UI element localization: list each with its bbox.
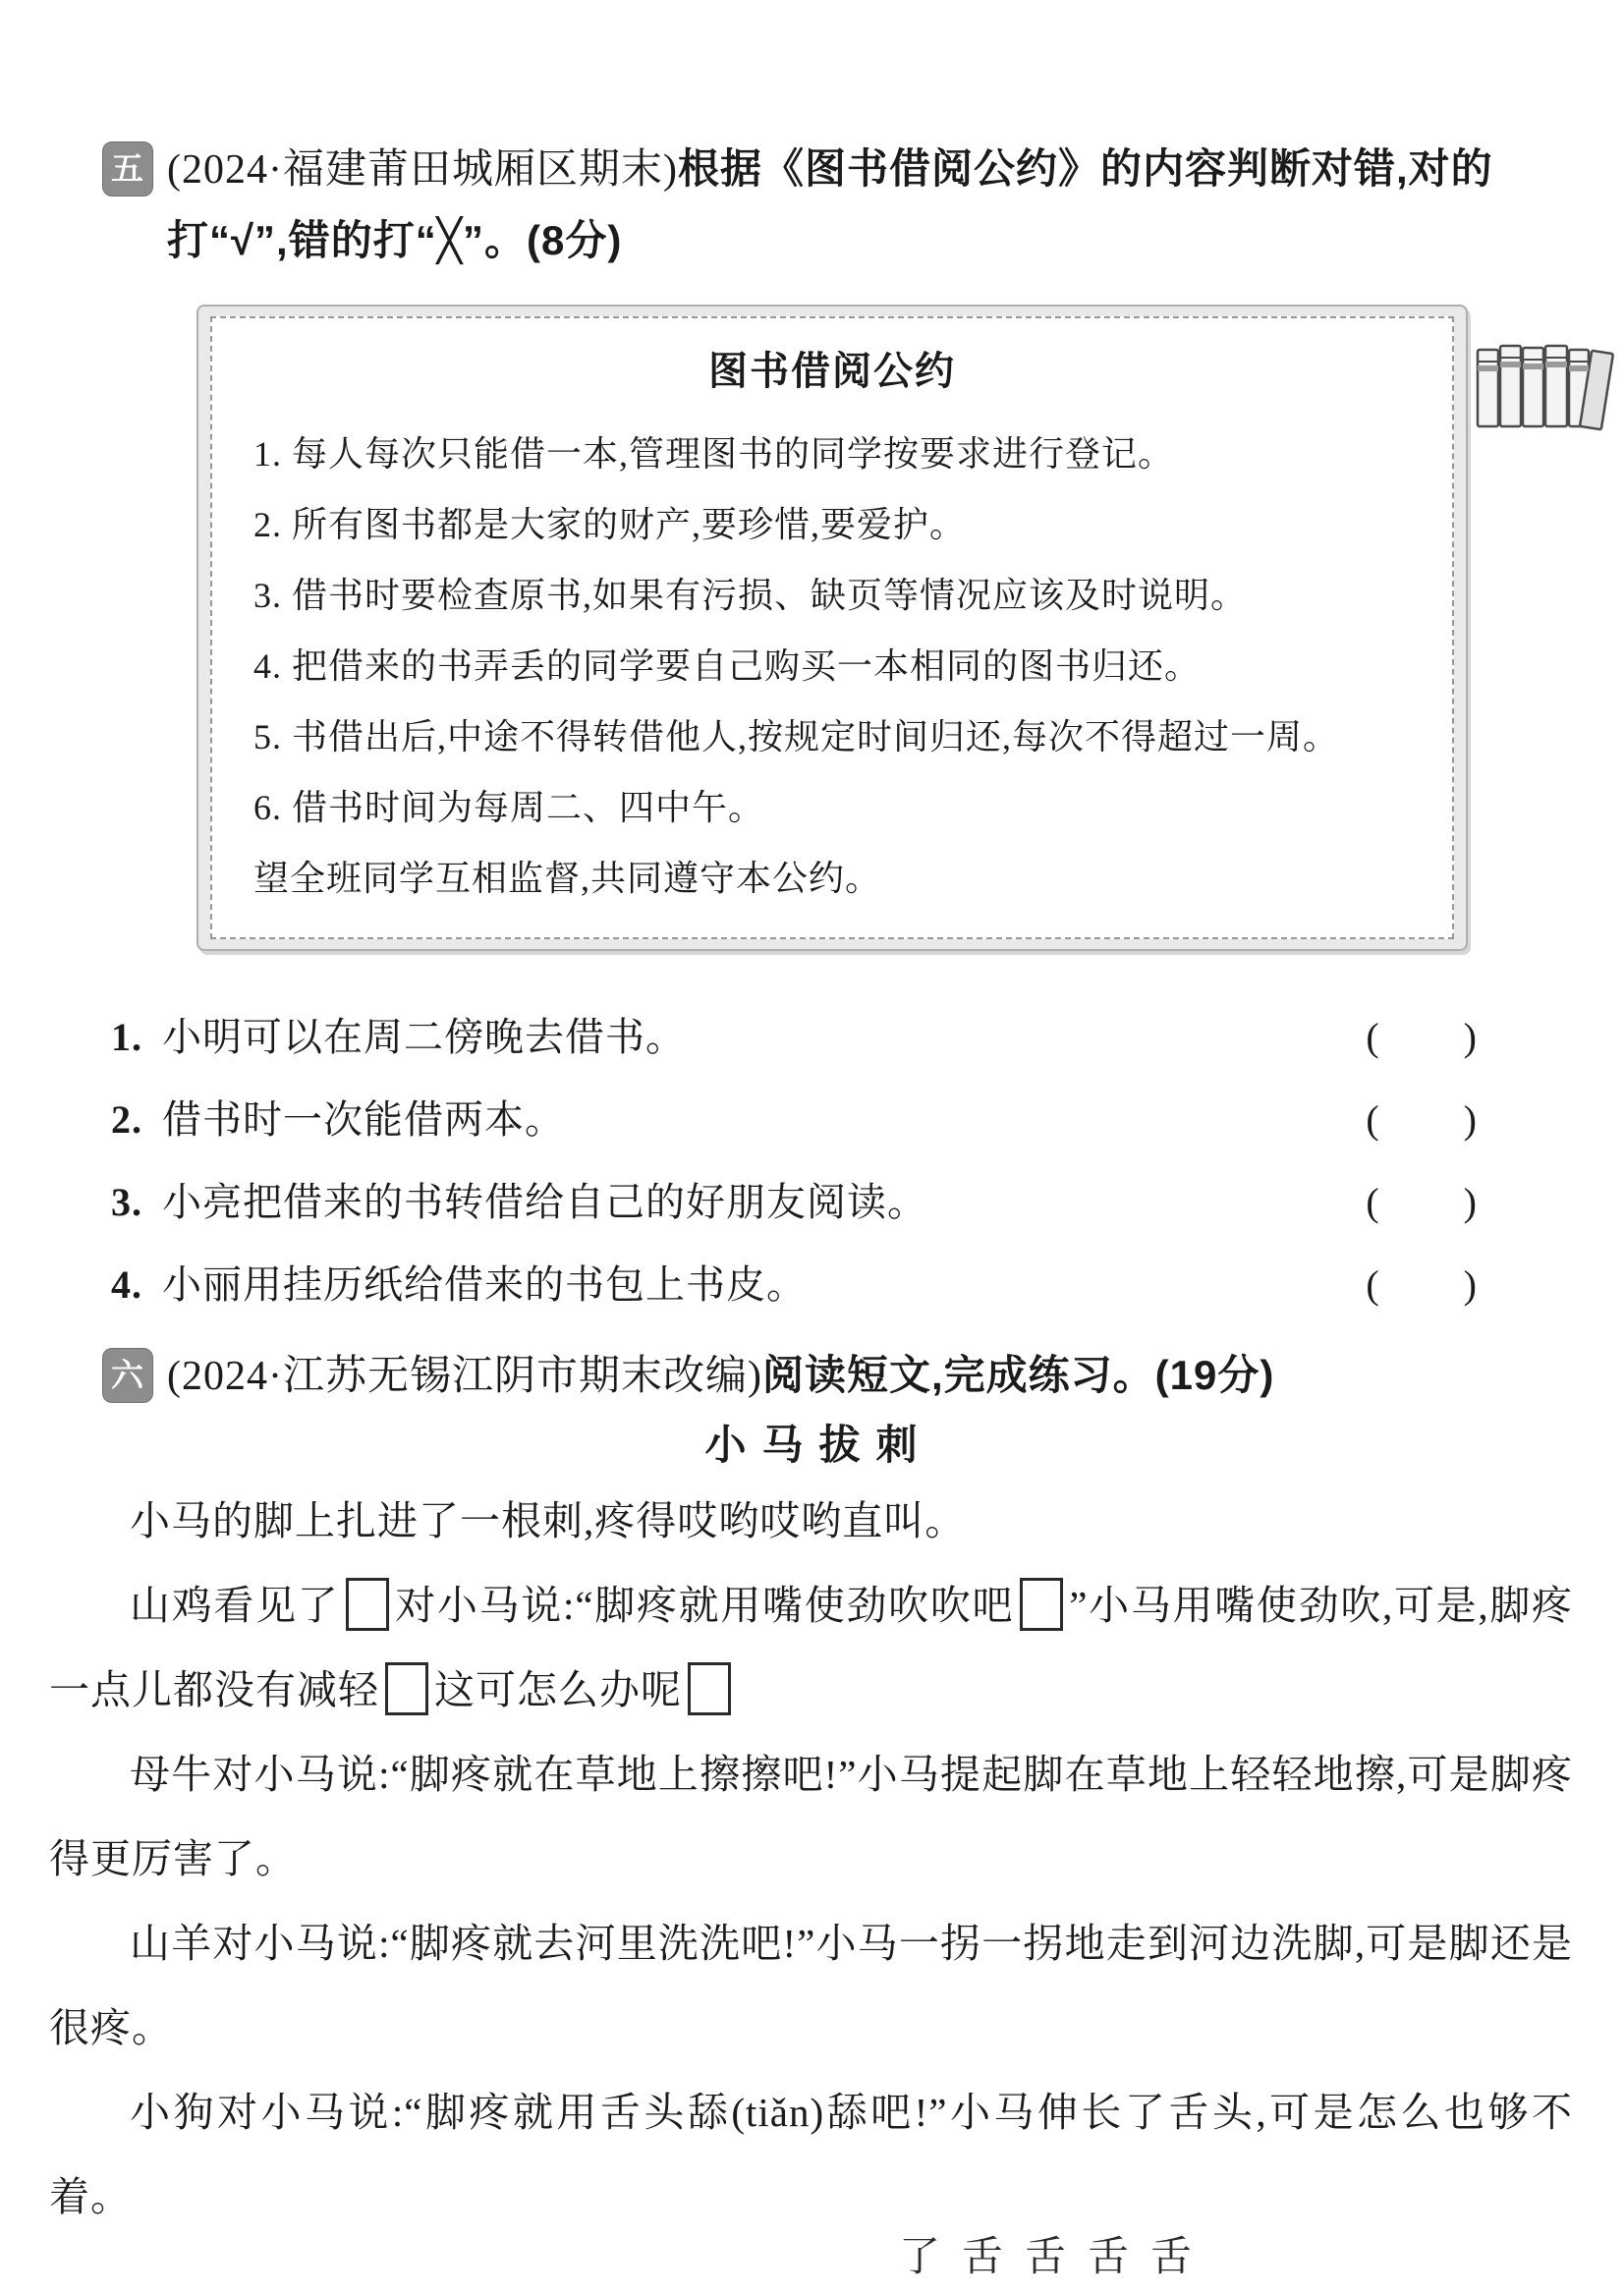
punctuation-fill-box[interactable]	[1020, 1578, 1063, 1631]
notice-rule-4: 4. 把借来的书弄丢的同学要自己购买一本相同的图书归还。	[253, 631, 1411, 701]
statement-1-answer-brackets[interactable]: ( )	[1366, 996, 1479, 1079]
question-5-number-badge: 五	[102, 141, 153, 196]
statement-row-3: 3. 小亮把借来的书转借给自己的好朋友阅读。 ( )	[111, 1161, 1479, 1244]
question-5-heading: 五(2024·福建莆田城厢区期末)根据《图书借阅公约》的内容判断对错,对的打“√…	[167, 134, 1555, 277]
statement-row-1: 1. 小明可以在周二傍晚去借书。 ( )	[111, 996, 1479, 1079]
statement-3-text: 小亮把借来的书转借给自己的好朋友阅读。	[162, 1161, 927, 1244]
punctuation-fill-box[interactable]	[385, 1662, 428, 1715]
punctuation-fill-box[interactable]	[688, 1662, 731, 1715]
notice-title: 图书借阅公约	[253, 348, 1411, 395]
borrowing-rules-box: 图书借阅公约 1. 每人每次只能借一本,管理图书的同学按要求进行登记。 2. 所…	[196, 305, 1468, 951]
passage-paragraph-1: 小马的脚上扎进了一根刺,疼得哎哟哎哟直叫。	[49, 1479, 1573, 1563]
punctuation-fill-box[interactable]	[346, 1578, 389, 1631]
passage-paragraph-4: 山羊对小马说:“脚疼就去河里洗洗吧!”小马一拐一拐地走到河边洗脚,可是脚还是很疼…	[49, 1901, 1573, 2070]
worksheet-page: 五(2024·福建莆田城厢区期末)根据《图书借阅公约》的内容判断对错,对的打“√…	[0, 0, 1624, 2295]
question-5-section: 五(2024·福建莆田城厢区期末)根据《图书借阅公约》的内容判断对错,对的打“√…	[0, 134, 1624, 1326]
statement-row-2: 2. 借书时一次能借两本。 ( )	[111, 1079, 1479, 1161]
passage-paragraph-2: 山鸡看见了对小马说:“脚疼就用嘴使劲吹吹吧”小马用嘴使劲吹,可是,脚疼一点儿都没…	[49, 1563, 1573, 1732]
question-5-source: (2024·福建莆田城厢区期末)	[167, 147, 678, 193]
page-bottom-fragment: 了舌舌舌舌	[899, 2224, 1213, 2283]
notice-closing-line: 望全班同学互相监督,共同遵守本公约。	[253, 843, 1411, 914]
statement-1-number: 1.	[111, 996, 142, 1079]
statement-4-number: 4.	[111, 1244, 142, 1326]
question-6-instruction: 阅读短文,完成练习。(19分)	[762, 1352, 1274, 1398]
notice-rule-2: 2. 所有图书都是大家的财产,要珍惜,要爱护。	[253, 489, 1411, 560]
statement-3-answer-brackets[interactable]: ( )	[1366, 1161, 1479, 1244]
books-icon	[1472, 336, 1621, 434]
question-6-heading: 六(2024·江苏无锡江阴市期末改编)阅读短文,完成练习。(19分)	[167, 1340, 1555, 1412]
statement-4-answer-brackets[interactable]: ( )	[1366, 1244, 1479, 1326]
question-6-section: 六(2024·江苏无锡江阴市期末改编)阅读短文,完成练习。(19分) 小马拔刺 …	[0, 1340, 1624, 2239]
passage-paragraph-3: 母牛对小马说:“脚疼就在草地上擦擦吧!”小马提起脚在草地上轻轻地擦,可是脚疼得更…	[49, 1732, 1573, 1901]
notice-rule-6: 6. 借书时间为每周二、四中午。	[253, 772, 1411, 843]
statement-2-text: 借书时一次能借两本。	[162, 1079, 565, 1161]
statement-3-number: 3.	[111, 1161, 142, 1244]
notice-rule-5: 5. 书借出后,中途不得转借他人,按规定时间归还,每次不得超过一周。	[253, 701, 1411, 772]
passage-paragraph-5: 小狗对小马说:“脚疼就用舌头舔(tiǎn)舔吧!”小马伸长了舌头,可是怎么也够不…	[49, 2070, 1573, 2239]
statement-1-text: 小明可以在周二傍晚去借书。	[162, 996, 686, 1079]
question-6-source: (2024·江苏无锡江阴市期末改编)	[167, 1354, 762, 1399]
statement-row-4: 4. 小丽用挂历纸给借来的书包上书皮。 ( )	[111, 1244, 1479, 1326]
judge-statements: 1. 小明可以在周二傍晚去借书。 ( ) 2. 借书时一次能借两本。 ( ) 3…	[111, 996, 1479, 1326]
notice-rule-3: 3. 借书时要检查原书,如果有污损、缺页等情况应该及时说明。	[253, 560, 1411, 631]
statement-2-number: 2.	[111, 1079, 142, 1161]
passage-title: 小马拔刺	[49, 1412, 1573, 1479]
statement-4-text: 小丽用挂历纸给借来的书包上书皮。	[162, 1244, 807, 1326]
question-6-number-badge: 六	[102, 1348, 153, 1403]
statement-2-answer-brackets[interactable]: ( )	[1366, 1079, 1479, 1161]
notice-rule-1: 1. 每人每次只能借一本,管理图书的同学按要求进行登记。	[253, 419, 1411, 489]
borrowing-rules-inner: 图书借阅公约 1. 每人每次只能借一本,管理图书的同学按要求进行登记。 2. 所…	[210, 316, 1454, 939]
reading-passage: 小马拔刺 小马的脚上扎进了一根刺,疼得哎哟哎哟直叫。 山鸡看见了对小马说:“脚疼…	[49, 1412, 1573, 2239]
